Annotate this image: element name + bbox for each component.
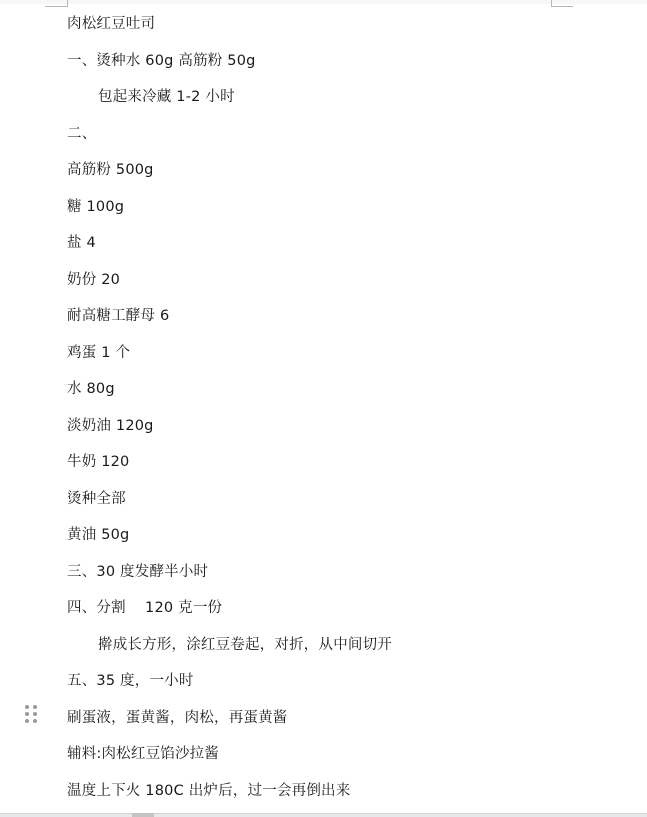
ingredient-line: 耐高糖工酵母 6	[67, 304, 169, 328]
ingredient-line: 糖 100g	[67, 195, 124, 219]
ingredient-line: 黄油 50g	[67, 523, 129, 547]
paragraph-step-5: 五、35 度，一小时	[67, 669, 194, 693]
ingredient-line: 高筋粉 500g	[67, 158, 154, 182]
ingredient-line: 牛奶 120	[67, 450, 130, 474]
paragraph-baking: 温度上下火 180C 出炉后，过一会再倒出来	[67, 779, 350, 803]
paragraph-step-4: 四、分割 120 克一份	[67, 596, 222, 620]
scrollbar-thumb[interactable]	[132, 813, 154, 817]
drag-dot	[25, 712, 29, 716]
margin-corner-mark-left	[45, 0, 68, 7]
paragraph-step-1-note: 包起来冷藏 1-2 小时	[98, 85, 235, 109]
paragraph-step-2: 二、	[67, 122, 96, 146]
drag-dot	[33, 712, 37, 716]
drag-dot	[33, 719, 37, 723]
document-title: 肉松红豆吐司	[67, 12, 155, 36]
ingredient-line: 淡奶油 120g	[67, 414, 154, 438]
drag-dot	[33, 705, 37, 709]
ingredient-line: 盐 4	[67, 231, 96, 255]
ingredient-line: 水 80g	[67, 377, 115, 401]
paragraph-step-4-note: 擀成长方形，涂红豆卷起，对折，从中间切开	[98, 633, 392, 657]
ingredient-line: 奶份 20	[67, 268, 120, 292]
drag-dot	[25, 719, 29, 723]
paragraph-filling: 辅料:肉松红豆馅沙拉酱	[67, 742, 219, 766]
ingredient-line: 烫种全部	[67, 487, 126, 511]
margin-corner-mark-right	[551, 0, 573, 7]
drag-handle-icon[interactable]	[25, 705, 39, 725]
page-top-edge	[0, 0, 647, 4]
paragraph-step-1: 一、烫种水 60g 高筋粉 50g	[67, 49, 256, 73]
drag-dot	[25, 705, 29, 709]
paragraph-topping: 刷蛋液，蛋黄酱，肉松，再蛋黄酱	[67, 706, 288, 730]
ingredient-line: 鸡蛋 1 个	[67, 341, 130, 365]
horizontal-scrollbar[interactable]	[0, 813, 647, 817]
paragraph-step-3: 三、30 度发酵半小时	[67, 560, 208, 584]
